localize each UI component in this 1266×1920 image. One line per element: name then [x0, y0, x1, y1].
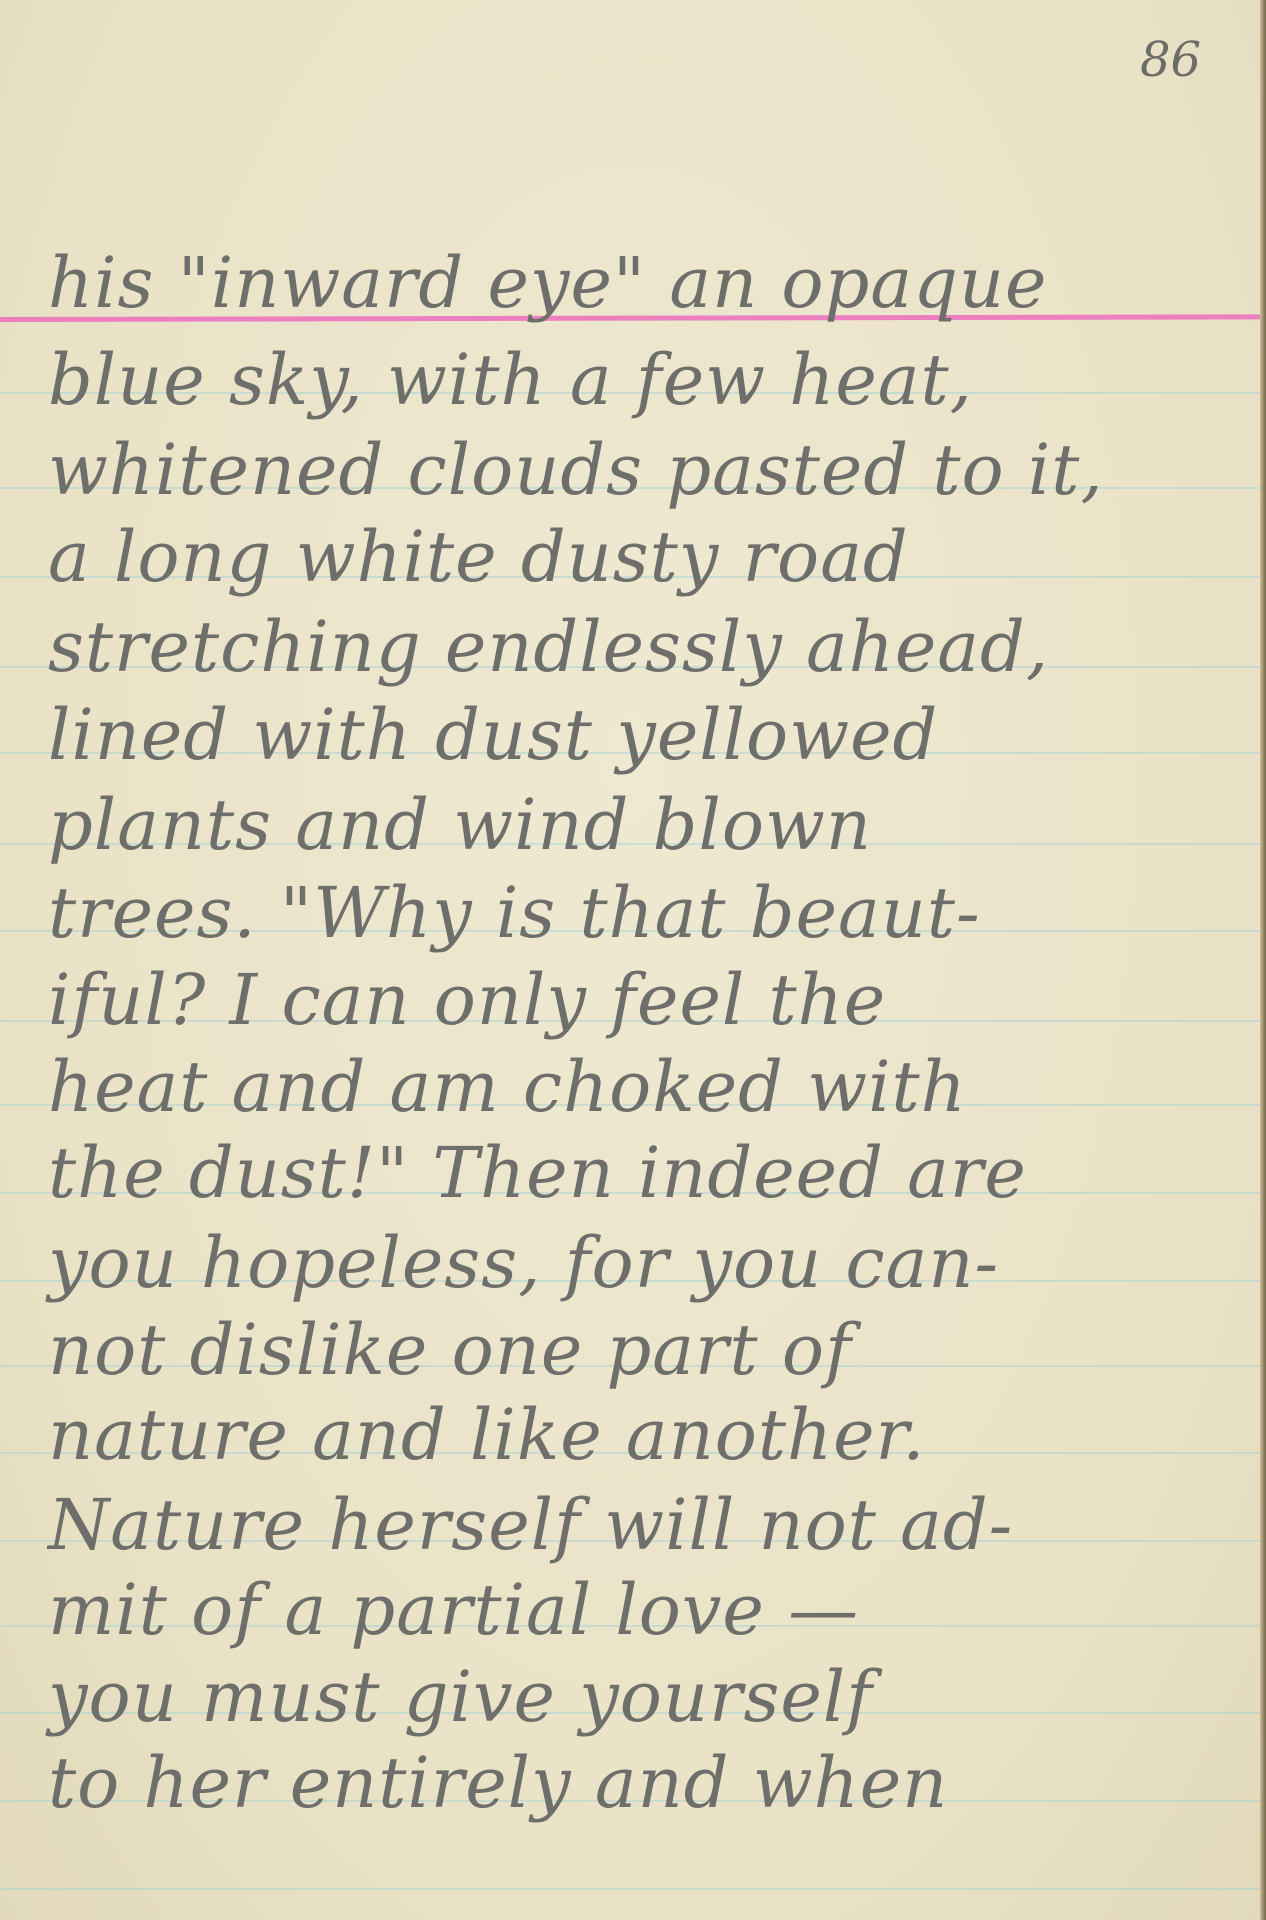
- text-line: not dislike one part of: [48, 1315, 852, 1385]
- text-line: his "inward eye" an opaque: [48, 248, 1047, 318]
- ruled-line: [0, 1888, 1266, 1890]
- text-line: lined with dust yellowed: [48, 700, 938, 770]
- text-line: iful? I can only feel the: [48, 965, 886, 1035]
- text-line: you must give yourself: [48, 1662, 873, 1732]
- text-line: stretching endlessly ahead,: [48, 612, 1049, 682]
- text-line: a long white dusty road: [48, 522, 909, 592]
- text-line: to her entirely and when: [48, 1748, 948, 1818]
- text-line: plants and wind blown: [48, 790, 872, 860]
- text-line: Nature herself will not ad-: [48, 1490, 1013, 1560]
- page-edge-shadow: [1260, 0, 1266, 1920]
- text-line: trees. "Why is that beaut-: [48, 878, 981, 948]
- text-line: mit of a partial love —: [48, 1575, 859, 1645]
- text-line: whitened clouds pasted to it,: [48, 435, 1104, 505]
- text-line: you hopeless, for you can-: [48, 1228, 999, 1298]
- notebook-page: 86 his "inward eye" an opaque blue sky, …: [0, 0, 1266, 1920]
- text-line: nature and like another.: [48, 1400, 926, 1470]
- text-line: blue sky, with a few heat,: [48, 345, 973, 415]
- text-line: the dust!" Then indeed are: [48, 1138, 1027, 1208]
- text-line: heat and am choked with: [48, 1052, 967, 1122]
- page-number: 86: [1140, 32, 1201, 88]
